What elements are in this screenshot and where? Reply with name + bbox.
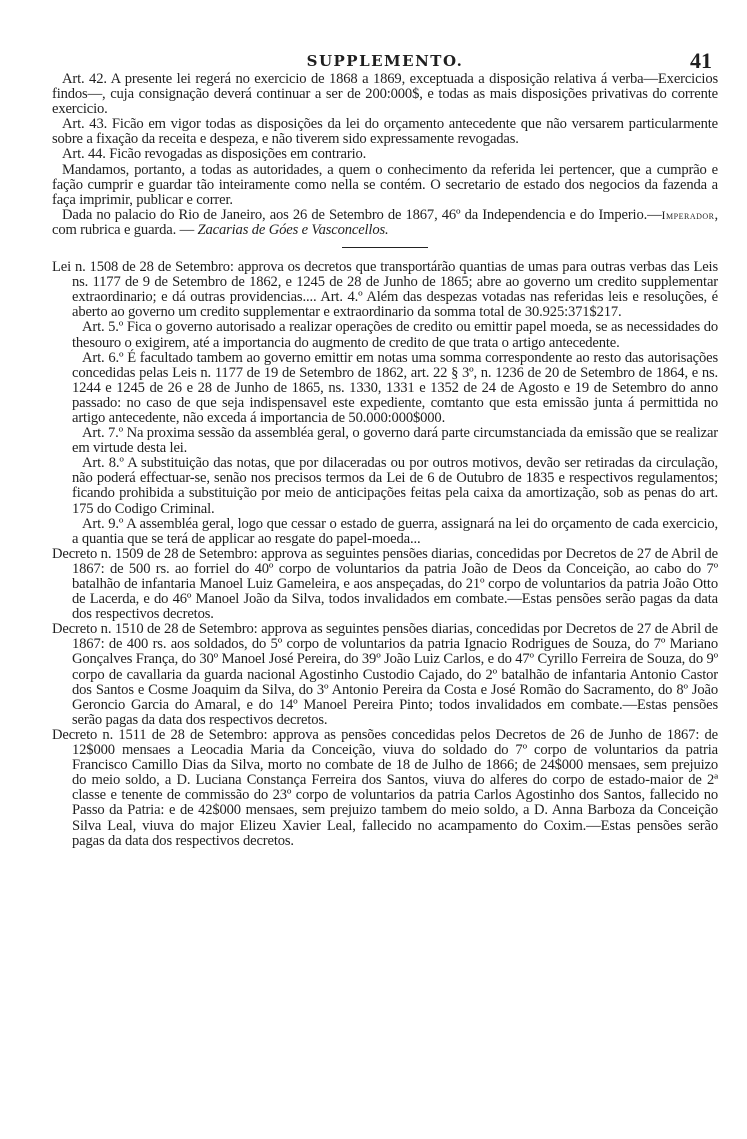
lei-1508-article-9: Art. 9.º A assembléa geral, logo que ces… [52,517,718,547]
lei-1508-article-7: Art. 7.º Na proxima sessão da assembléa … [52,426,718,456]
page-number: 41 [690,48,712,74]
signer: Imperador [662,208,715,222]
law-article-43: Art. 43. Ficão em vigor todas as disposi… [52,117,718,147]
minister-signature: Zacarias de Góes e Vasconcellos. [198,222,389,238]
lei-1508-article-5: Art. 5.º Fica o governo autorisado a rea… [52,320,718,350]
promulgation-clause: Mandamos, portanto, a todas as autoridad… [52,163,718,208]
entry-decreto-1511: Decreto n. 1511 de 28 de Setembro: appro… [52,728,718,849]
dada-clause: Dada no palacio do Rio de Janeiro, aos 2… [52,208,718,238]
running-title: SUPPLEMENTO. [52,52,718,70]
running-head: SUPPLEMENTO. 41 [52,48,718,70]
lei-1508-article-6: Art. 6.º É facultado tambem ao governo e… [52,351,718,426]
law-article-44: Art. 44. Ficão revogadas as disposições … [52,147,718,162]
entry-decreto-1509: Decreto n. 1509 de 28 de Setembro: appro… [52,547,718,622]
section-divider [342,247,428,248]
body-text: Art. 42. A presente lei regerá no exerci… [52,72,718,849]
dada-text: Dada no palacio do Rio de Janeiro, aos 2… [62,207,662,223]
law-article-42: Art. 42. A presente lei regerá no exerci… [52,72,718,117]
entry-lei-1508: Lei n. 1508 de 28 de Setembro: approva o… [52,260,718,320]
document-page: SUPPLEMENTO. 41 Art. 42. A presente lei … [52,48,718,849]
entry-decreto-1510: Decreto n. 1510 de 28 de Setembro: appro… [52,622,718,728]
lei-1508-article-8: Art. 8.º A substituição das notas, que p… [52,456,718,516]
